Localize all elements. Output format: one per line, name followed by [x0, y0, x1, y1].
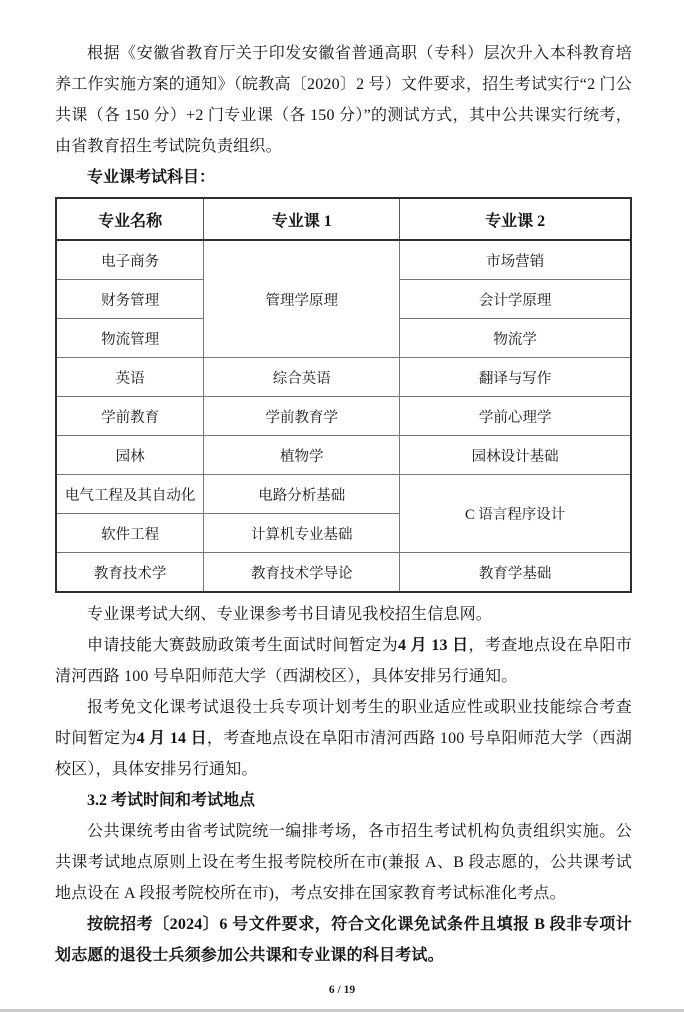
page-content: 根据《安徽省教育厅关于印发安徽省普通高职（专科）层次升入本科教育培养工作实施方案…: [0, 0, 684, 971]
cell-major: 学前教育: [56, 397, 204, 436]
table-row: 教育技术学 教育技术学导论 教育学基础: [56, 553, 631, 593]
col-header-major: 专业名称: [56, 198, 204, 240]
paragraph-syllabus: 专业课考试大纲、专业课参考书目请见我校招生信息网。: [55, 599, 632, 630]
paragraph-skill-contest: 申请技能大赛鼓励政策考生面试时间暂定为4 月 13 日，考查地点设在阜阳市清河西…: [55, 630, 632, 692]
cell-course2: 教育学基础: [400, 553, 631, 593]
page-number: 6 / 19: [0, 984, 684, 996]
paragraph-veteran: 报考免文化课考试退役士兵专项计划考生的职业适应性或职业技能综合考查时间暂定为4 …: [55, 692, 632, 785]
cell-major: 物流管理: [56, 319, 204, 358]
skill-contest-pre: 申请技能大赛鼓励政策考生面试时间暂定为: [87, 637, 398, 654]
cell-major: 英语: [56, 358, 204, 397]
cell-course1-merged: 管理学原理: [204, 240, 400, 358]
cell-major: 园林: [56, 436, 204, 475]
cell-course1: 电路分析基础: [204, 475, 400, 514]
cell-course1: 学前教育学: [204, 397, 400, 436]
cell-course2: 物流学: [400, 319, 631, 358]
cell-course1: 综合英语: [204, 358, 400, 397]
cell-course2: 翻译与写作: [400, 358, 631, 397]
cell-major: 电气工程及其自动化: [56, 475, 204, 514]
heading-exam-time-place: 3.2 考试时间和考试地点: [55, 785, 632, 816]
cell-course2: 市场营销: [400, 240, 631, 280]
paragraph-intro: 根据《安徽省教育厅关于印发安徽省普通高职（专科）层次升入本科教育培养工作实施方案…: [55, 38, 632, 162]
cell-course2: 园林设计基础: [400, 436, 631, 475]
cell-course1: 教育技术学导论: [204, 553, 400, 593]
cell-major: 电子商务: [56, 240, 204, 280]
subjects-table: 专业名称 专业课 1 专业课 2 电子商务 管理学原理 市场营销 财务管理 会计…: [55, 197, 632, 593]
document-page: { "intro": { "text": "根据《安徽省教育厅关于印发安徽省普通…: [0, 0, 684, 1012]
subjects-table-head: 专业名称 专业课 1 专业课 2: [56, 198, 631, 240]
cell-course2: 学前心理学: [400, 397, 631, 436]
cell-major: 财务管理: [56, 280, 204, 319]
paragraph-exempt-requirement: 按皖招考〔2024〕6 号文件要求，符合文化课免试条件且填报 B 段非专项计划志…: [55, 909, 632, 971]
paragraph-public-course: 公共课统考由省考试院统一编排考场，各市招生考试机构负责组织实施。公共课考试地点原…: [55, 816, 632, 909]
skill-contest-date: 4 月 13 日: [398, 637, 468, 654]
cell-course1: 计算机专业基础: [204, 514, 400, 553]
cell-course2: 会计学原理: [400, 280, 631, 319]
veteran-date: 4 月 14 日: [137, 730, 207, 747]
table-row: 英语 综合英语 翻译与写作: [56, 358, 631, 397]
cell-major: 软件工程: [56, 514, 204, 553]
cell-major: 教育技术学: [56, 553, 204, 593]
col-header-course2: 专业课 2: [400, 198, 631, 240]
table-header-row: 专业名称 专业课 1 专业课 2: [56, 198, 631, 240]
cell-course1: 植物学: [204, 436, 400, 475]
cell-course2-merged: C 语言程序设计: [400, 475, 631, 553]
table-row: 电子商务 管理学原理 市场营销: [56, 240, 631, 280]
col-header-course1: 专业课 1: [204, 198, 400, 240]
heading-subject-list: 专业课考试科目：: [55, 162, 632, 193]
table-row: 电气工程及其自动化 电路分析基础 C 语言程序设计: [56, 475, 631, 514]
subjects-table-body: 电子商务 管理学原理 市场营销 财务管理 会计学原理 物流管理 物流学 英语 综…: [56, 240, 631, 592]
table-row: 园林 植物学 园林设计基础: [56, 436, 631, 475]
table-row: 学前教育 学前教育学 学前心理学: [56, 397, 631, 436]
